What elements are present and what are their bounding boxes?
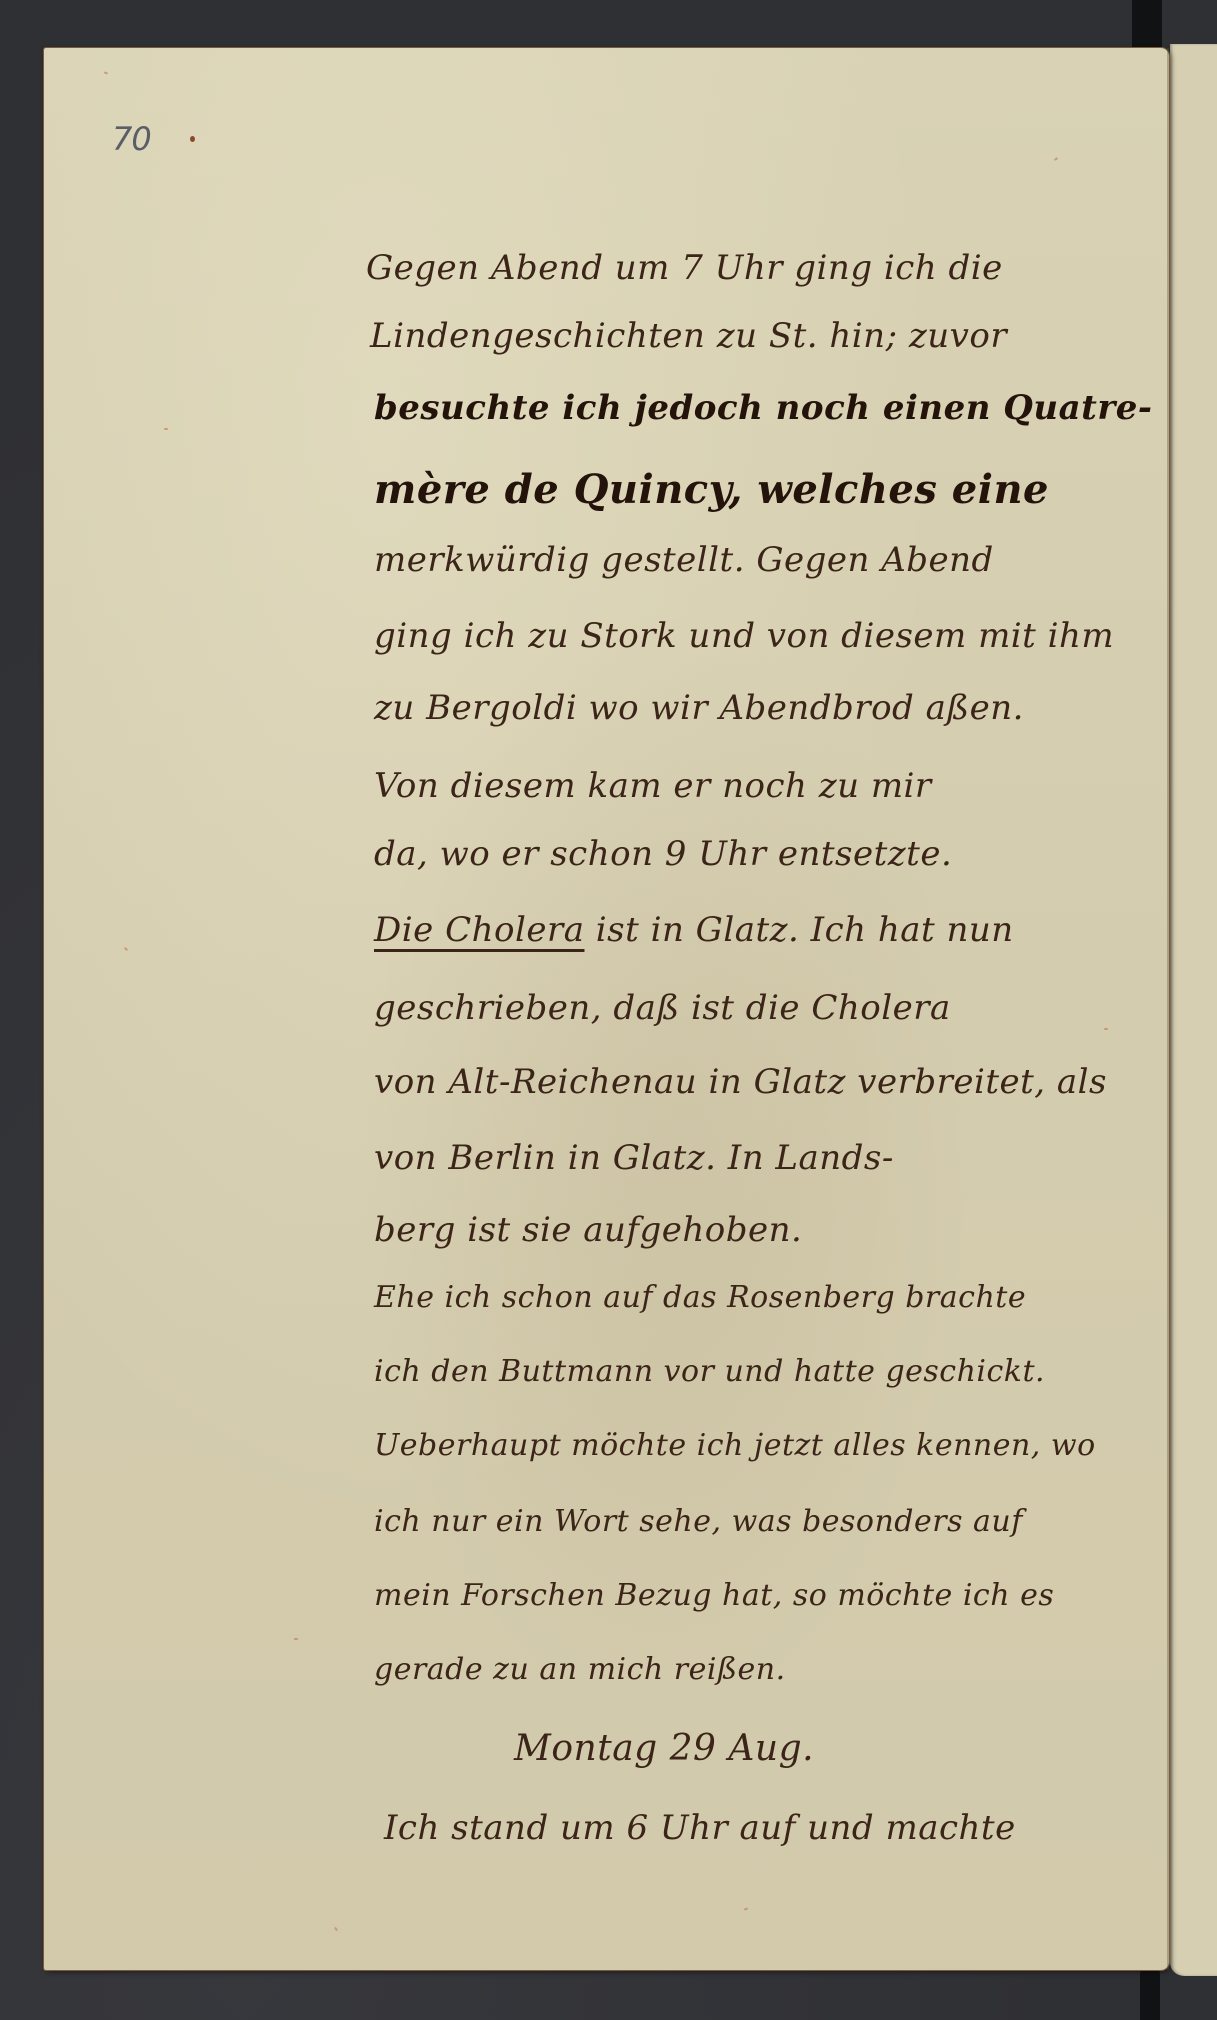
text-line-18: ich nur ein Wort sehe, was besonders auf	[374, 1504, 1023, 1539]
next-page-edge	[1170, 44, 1217, 1976]
text-line-1: Gegen Abend um 7 Uhr ging ich die	[366, 248, 1003, 288]
text-line-15: Ehe ich schon auf das Rosenberg brachte	[374, 1280, 1026, 1315]
text-line-10: Die Cholera ist in Glatz. Ich hat nun	[374, 910, 1014, 950]
text-line-6: ging ich zu Stork und von diesem mit ihm	[374, 616, 1114, 656]
binding-top	[1132, 0, 1162, 52]
text-line-3: besuchte ich jedoch noch einen Quatre-	[374, 388, 1153, 428]
text-line-19: mein Forschen Bezug hat, so möchte ich e…	[374, 1578, 1054, 1613]
binding-bottom	[1140, 1968, 1160, 2020]
text-line-4: mère de Quincy, welches eine	[374, 466, 1049, 513]
text-line-7: zu Bergoldi wo wir Abendbrod aßen.	[374, 688, 1024, 728]
text-line-8: Von diesem kam er noch zu mir	[374, 766, 932, 806]
text-line-16: ich den Buttmann vor und hatte geschickt…	[374, 1354, 1045, 1389]
text-line-2: Lindengeschichten zu St. hin; zuvor	[370, 316, 1007, 356]
manuscript-page: 70 Gegen Abend um 7 Uhr ging ich die Lin…	[44, 48, 1169, 1970]
text-line-9: da, wo er schon 9 Uhr entsetzte.	[374, 834, 952, 874]
manuscript-text: Gegen Abend um 7 Uhr ging ich die Linden…	[44, 48, 1169, 1970]
text-line-12: von Alt-Reichenau in Glatz verbreitet, a…	[374, 1062, 1107, 1102]
text-line-14: berg ist sie aufgehoben.	[374, 1210, 802, 1250]
text-line-5: merkwürdig gestellt. Gegen Abend	[374, 540, 994, 580]
text-line-13: von Berlin in Glatz. In Lands-	[374, 1138, 894, 1178]
date-heading: Montag 29 Aug.	[514, 1728, 814, 1769]
text-line-11: geschrieben, daß ist die Cholera	[374, 988, 951, 1028]
text-line-22: Ich stand um 6 Uhr auf und machte	[384, 1808, 1016, 1848]
underlined-cholera: Die Cholera	[374, 910, 584, 950]
text-line-20: gerade zu an mich reißen.	[374, 1652, 786, 1687]
text-line-10-rest: ist in Glatz. Ich hat nun	[596, 910, 1014, 950]
text-line-17: Ueberhaupt möchte ich jetzt alles kennen…	[374, 1428, 1096, 1463]
